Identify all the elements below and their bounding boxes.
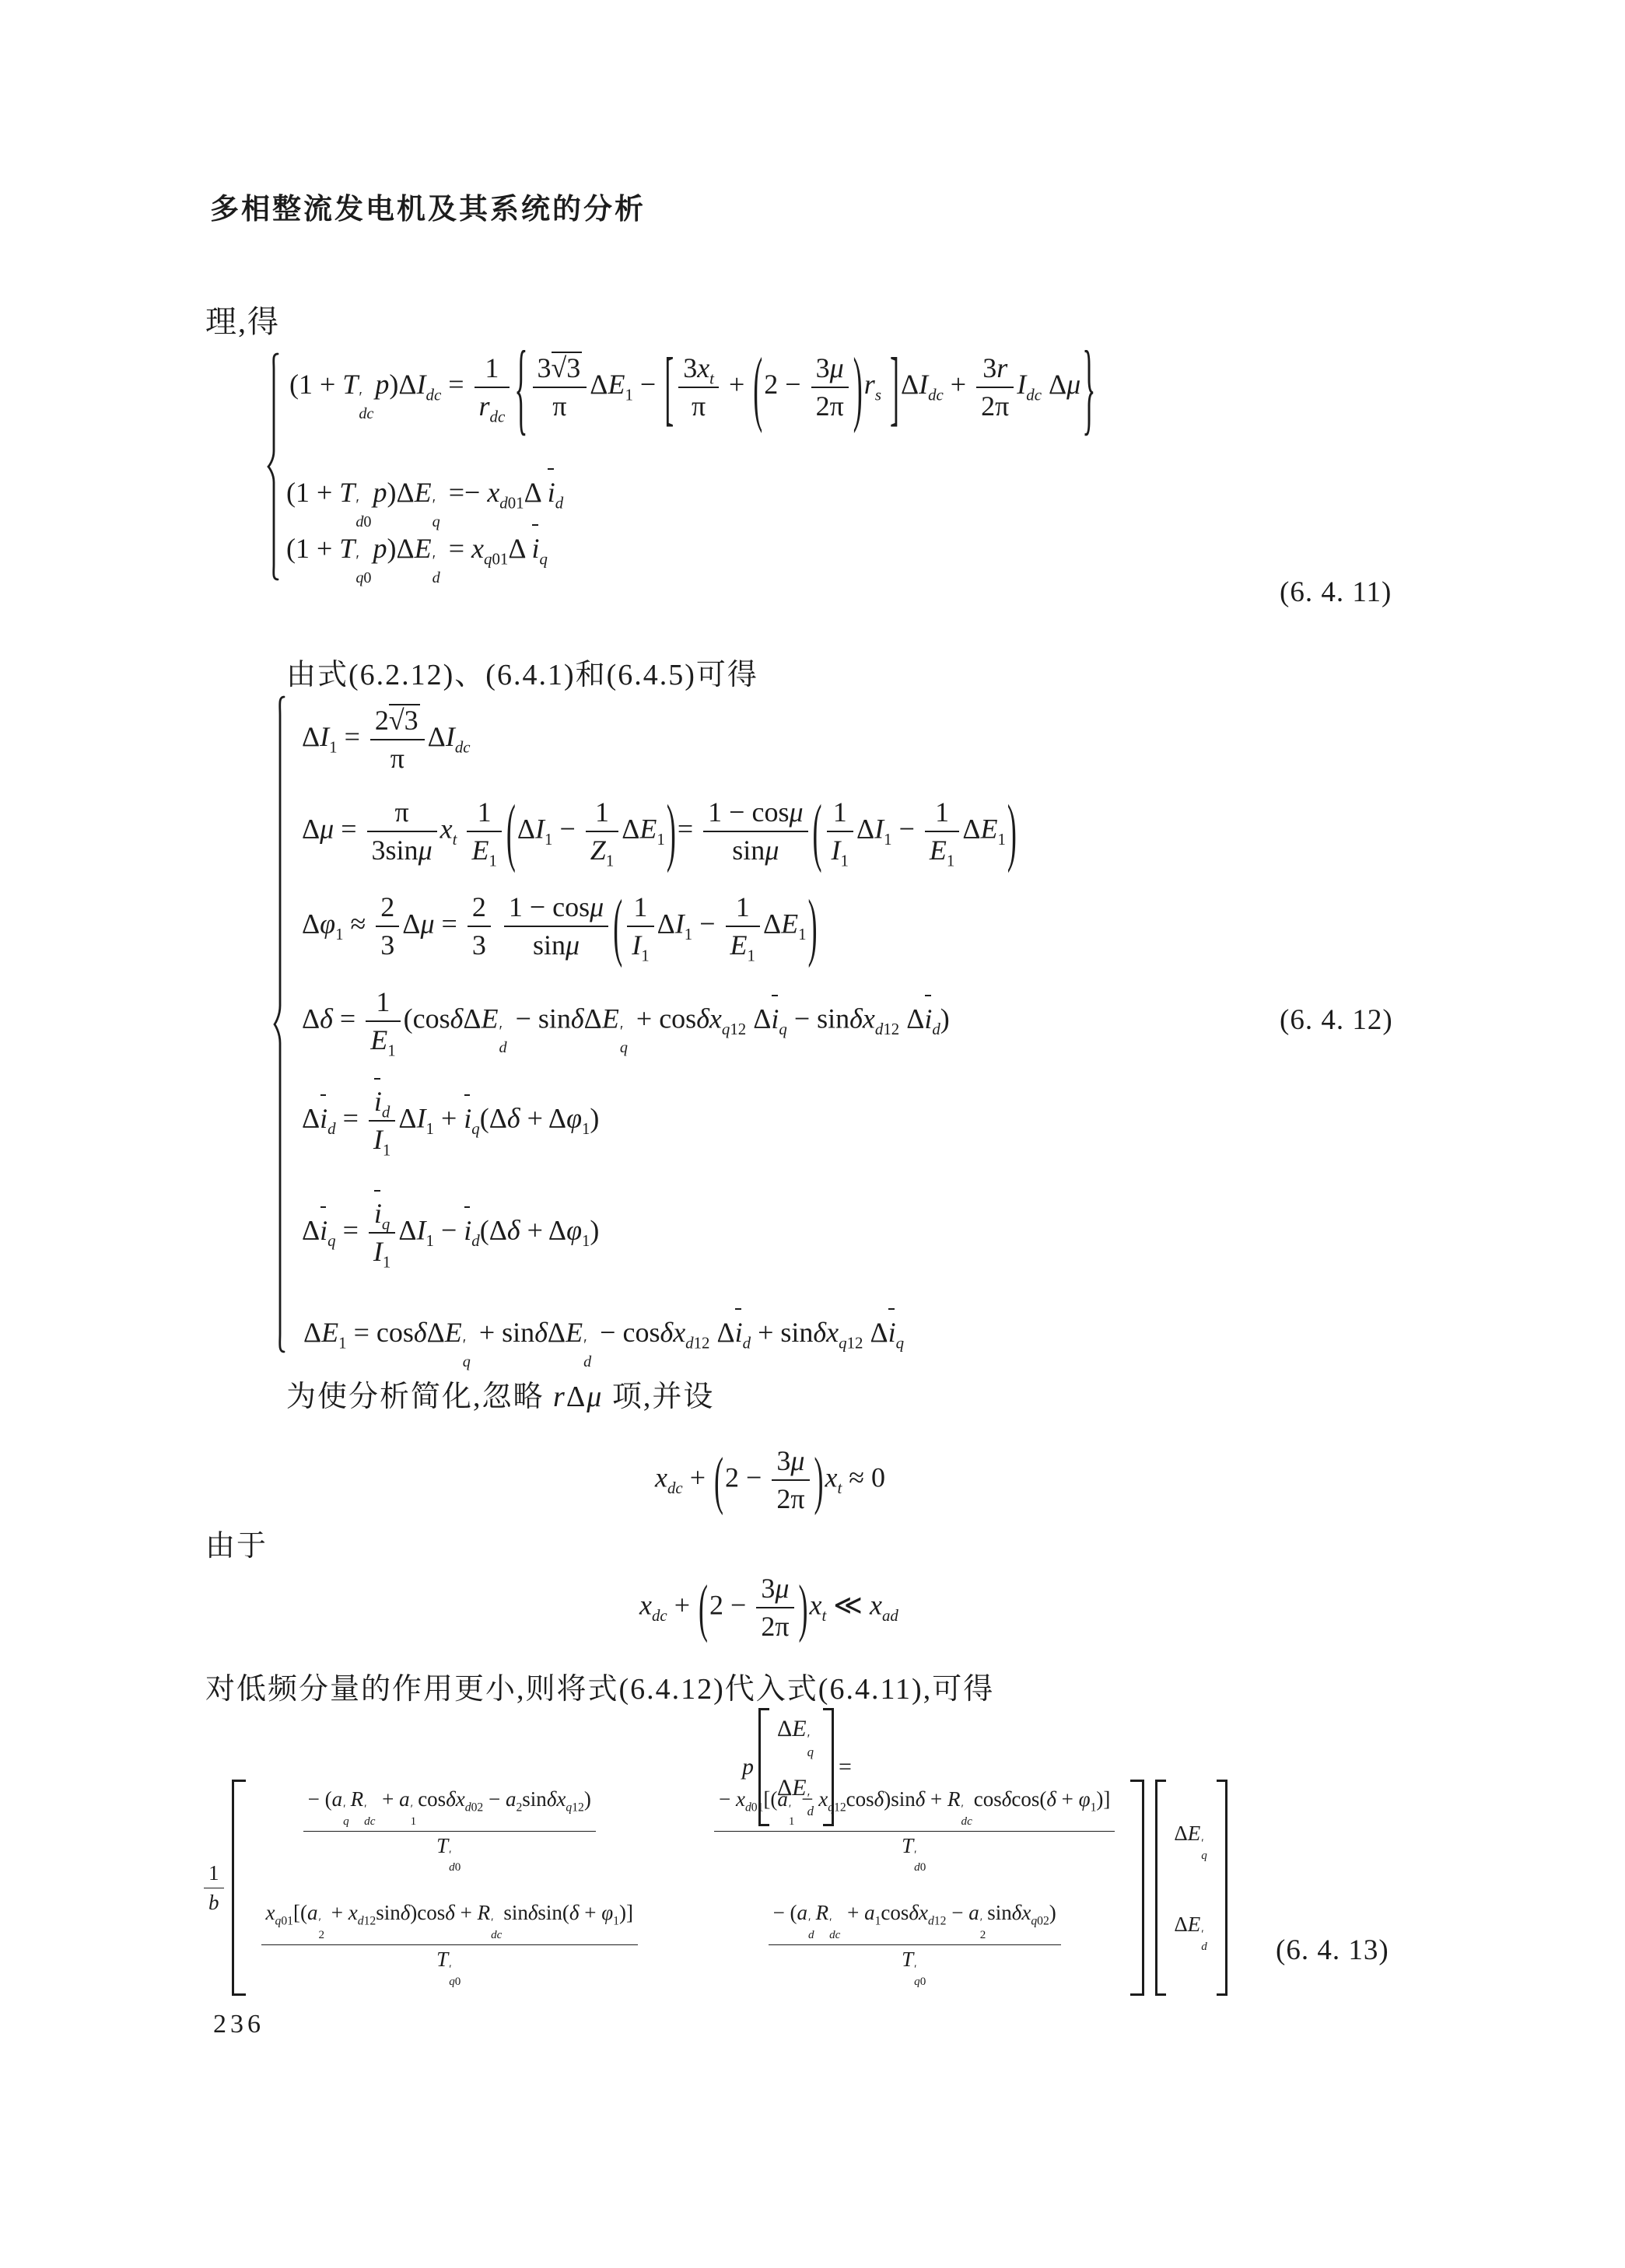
- equation-6-4-12-line7: ΔE1 = cosδΔE′q + sinδΔE′d − cosδxd12 Δid…: [303, 1316, 904, 1370]
- equation-6-4-11-line1: (1 + T′dcp)ΔIdc = 1rdc{3√3πΔE1 − [3xtπ +…: [289, 352, 1098, 423]
- equation-6-4-13-matrix: 1b− (a′qR′dc + a′1cosδxd02 − a2sinδxq12)…: [196, 1780, 1228, 1996]
- equation-6-4-12-line1: ΔI1 = 2√3πΔIdc: [302, 704, 471, 775]
- derive-from-text: 由式(6.2.12)、(6.4.1)和(6.4.5)可得: [286, 650, 758, 693]
- equation-6-4-11-line2: (1 + T′d0p)ΔE′q =− xd01Δ id: [286, 476, 563, 530]
- equation-number-6-4-13: (6. 4. 13): [1276, 1934, 1389, 1967]
- equation-6-4-12-line2: Δμ = π3sinμxt 1E1(ΔI1 − 1Z1ΔE1)= 1 − cos…: [302, 796, 1018, 867]
- simplify-text: 为使分析简化,忽略 rΔμ 项,并设: [286, 1372, 714, 1415]
- equation-number-6-4-12: (6. 4. 12): [1280, 1003, 1393, 1037]
- since-text: 由于: [205, 1521, 268, 1564]
- equation-6-4-12-line4: Δδ = 1E1(cosδΔE′d − sinδΔE′q + cosδxq12 …: [302, 986, 950, 1057]
- page-number: 236: [213, 2010, 264, 2039]
- conclusion-text: 对低频分量的作用更小,则将式(6.4.12)代入式(6.4.11),可得: [205, 1664, 994, 1707]
- intro-text: 理,得: [205, 297, 280, 341]
- equation-number-6-4-11: (6. 4. 11): [1280, 576, 1392, 609]
- equation-6-4-12-line5: Δid = idI1ΔI1 + iq(Δδ + Δφ1): [302, 1086, 599, 1157]
- equation-6-4-11-line3: (1 + T′q0p)ΔE′d = xq01Δ iq: [286, 532, 548, 586]
- equation-much-less: xdc + (2 − 3μ2π)xt ≪ xad: [639, 1573, 898, 1643]
- equation-6-4-12-line6: Δiq = iqI1ΔI1 − id(Δδ + Δφ1): [302, 1198, 599, 1269]
- page-header: 多相整流发电机及其系统的分析: [210, 185, 646, 227]
- system-brace-6-4-12: [271, 695, 288, 1354]
- equation-approx-zero: xdc + (2 − 3μ2π)xt ≈ 0: [655, 1445, 885, 1516]
- system-brace-6-4-11: [264, 352, 282, 582]
- equation-6-4-12-line3: Δφ1 ≈ 23Δμ = 23 1 − cosμsinμ(1I1ΔI1 − 1E…: [302, 891, 819, 962]
- book-page: 多相整流发电机及其系统的分析 理,得 (1 + T′dcp)ΔIdc = 1rd…: [0, 0, 1625, 2268]
